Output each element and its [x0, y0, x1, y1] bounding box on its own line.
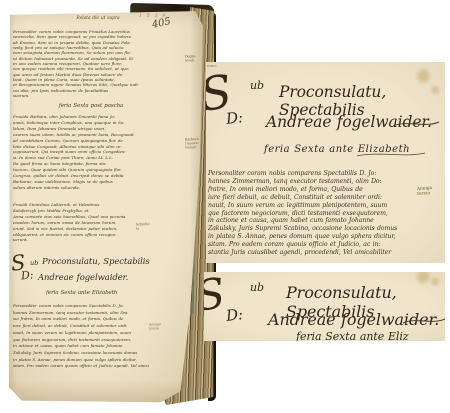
manuscript-photo-composite: Relata die ut supra 1 5 3 9 405 Personal… [0, 0, 450, 413]
heading-sub-letters: ub [30, 259, 38, 267]
date-heading-2: feria Sexta ante Elizabeth [46, 290, 117, 296]
script-line: suorum. [13, 93, 185, 98]
script-line: uerunt. [13, 237, 169, 243]
script-line: Zakulsky, Juris Supremi Scabino, occasio… [208, 225, 420, 233]
script-line: hannes Zimmerman, tanq executor testamen… [208, 178, 420, 186]
heading-swash-initial: S [204, 272, 228, 321]
script-line: nauit, In suum verum ac legittimum pleni… [13, 330, 149, 337]
script-line: fratre, In omni meliori modo, et forma, … [208, 186, 420, 194]
script-line: Zakulsky, Juris Supremi Scabino, occasio… [13, 350, 149, 357]
script-line: iure fieri debuit, ac debuit, Constituit… [13, 323, 149, 330]
book-photo: Relata die ut supra 1 5 3 9 405 Personal… [6, 3, 216, 407]
margin-note-line: tercia [417, 190, 444, 197]
script-line: in actione et causa, quam habet cum fama… [208, 217, 420, 225]
script-line: que factorem negociorum, dicti testament… [13, 337, 149, 344]
section-heading-line1: Proconsulatu, Spectabilis [42, 257, 150, 267]
script-line: in platea S. Annae, penes domum quae vul… [208, 233, 420, 241]
script-line: Personaliter coram nobis comparens Spect… [208, 170, 420, 178]
margin-note: Aneigatercia [417, 185, 445, 197]
script-line: sitam. Pro eadem coram quouis officio et… [208, 241, 420, 249]
date-heading-1: feria Sexta post pascha [36, 103, 146, 109]
script-line: solum alterum internis soluenda. [13, 185, 185, 191]
paragraph-4: Personaliter coram nobis comparens Spect… [13, 303, 149, 370]
body-paragraph: Personaliter coram nobis comparens Spect… [208, 170, 420, 257]
heading-swash-initial-d: D: [225, 108, 244, 128]
script-line: iure fieri debuit, ac debuit, Constituit… [208, 194, 420, 202]
script-line: hannes Zimmerman, tanq executor testamen… [13, 310, 149, 317]
margin-note: Aneigatercia [149, 321, 173, 330]
heading-sub-letters: ub [250, 79, 264, 92]
partial-date-line: feria Sexta ante Eliz [296, 330, 408, 341]
running-header: Relata die ut supra [46, 16, 150, 21]
script-line: Personaliter coram nobis comparens Spect… [13, 303, 149, 310]
heading-swash-initial-d: D: [20, 268, 33, 282]
heading-sub-letters: ub [250, 281, 264, 294]
heading-swash-initial-d: D: [225, 305, 244, 325]
detail-crop-1: nam: S ub Proconsulatu, Spectabilis D: A… [206, 62, 445, 263]
margin-note: Schedu:la [136, 221, 160, 230]
script-line: sitam. Pro eadem coram quouis officio et… [13, 363, 149, 370]
paragraph-1: Personaliter coram nobis comparens Proui… [13, 29, 185, 98]
script-line: nauit, In suum verum ac legittimum pleni… [208, 202, 420, 210]
script-line: stantia Juris cuiuslibet agendi, procede… [208, 249, 420, 257]
paragraph-2: Prouida Barbara, olim Johannis Dmowski f… [13, 114, 185, 191]
section-heading-line2: Andreae fogelwaider. [38, 273, 128, 283]
script-line: in platea S. Annae, penes domum quae vul… [13, 357, 149, 364]
manuscript-page: Relata die ut supra 1 5 3 9 405 Personal… [8, 10, 204, 403]
script-line: que factorem negociorum, dicti testament… [208, 210, 420, 218]
script-line: sui fratris, In omni meliori modo, et fo… [13, 316, 149, 323]
detail-crop-2: S ub Proconsulatu, Spectabilis D: Andrea… [204, 272, 445, 341]
script-line: in actione et causa, quam habet cum fama… [13, 343, 149, 350]
